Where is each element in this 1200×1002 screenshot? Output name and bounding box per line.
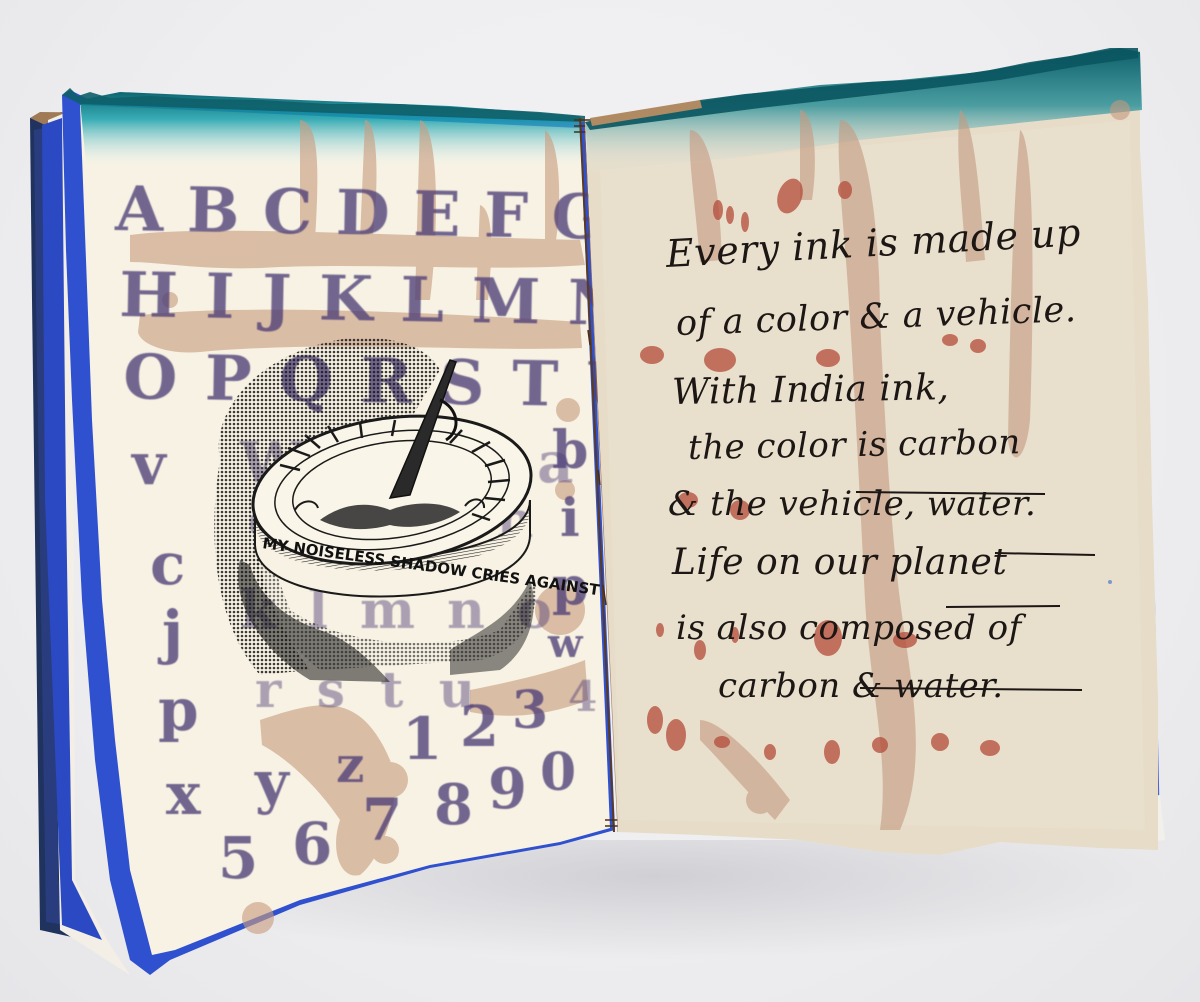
handwriting-underlines: [0, 0, 1200, 1002]
blue-fleck: [1108, 580, 1112, 584]
photo-scene: A B C D E F G H I J K L M N O P Q R S T …: [0, 0, 1200, 1002]
